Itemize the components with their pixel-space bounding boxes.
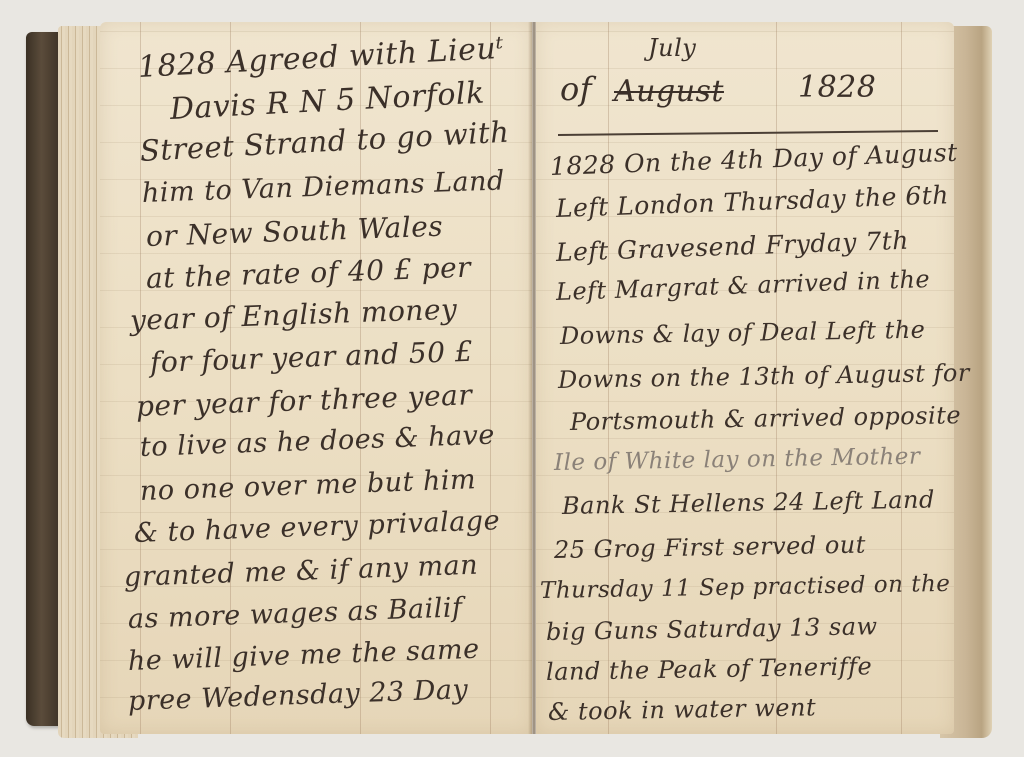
left-line-6: at the rate of 40 £ per [145, 251, 471, 295]
left-line-7: year of English money [129, 293, 457, 337]
right-line-2: Left London Thursday the 6th [555, 180, 949, 223]
left-line-14: as more wages as Bailif [127, 592, 463, 635]
right-line-11: Thursday 11 Sep practised on the [540, 571, 951, 604]
right-line-12: big Guns Saturday 13 saw [546, 612, 878, 646]
header-year: 1828 [798, 70, 876, 105]
right-page: July of August 1828 1828 On the 4th Day … [536, 22, 954, 734]
left-line-16: pree Wedensday 23 Day [127, 674, 468, 717]
right-line-14: & took in water went [548, 693, 817, 726]
right-line-9: Bank St Hellens 24 Left Land [562, 485, 935, 520]
left-line-10: to live as he does & have [139, 420, 495, 463]
diary-photo: 1828 Agreed with Lieuᵗ Davis R N 5 Norfo… [0, 0, 1024, 757]
right-line-4: Left Margrat & arrived in the [556, 265, 931, 306]
right-line-6: Downs on the 13th of August for [558, 359, 970, 394]
right-line-10: 25 Grog First served out [554, 531, 866, 564]
header-underline [558, 130, 938, 136]
left-page: 1828 Agreed with Lieuᵗ Davis R N 5 Norfo… [100, 22, 532, 734]
right-line-5: Downs & lay of Deal Left the [560, 316, 926, 350]
left-line-8: for four year and 50 £ [149, 335, 473, 379]
left-line-11: no one over me but him [139, 464, 476, 507]
left-line-12: & to have every privalage [133, 505, 500, 549]
right-line-1: 1828 On the 4th Day of August [549, 138, 958, 181]
right-line-8: Ile of White lay on the Mother [554, 444, 921, 476]
struck-month: August [614, 74, 724, 109]
left-line-4: him to Van Diemans Land [141, 165, 505, 209]
right-line-13: land the Peak of Teneriffe [546, 652, 873, 686]
left-line-13: granted me & if any man [123, 550, 478, 593]
left-line-9: per year for three year [135, 378, 472, 423]
right-line-7: Portsmouth & arrived opposite [570, 401, 962, 436]
left-line-5: or New South Wales [145, 210, 443, 253]
inserted-month: July [648, 34, 696, 62]
left-line-15: he will give me the same [127, 634, 480, 677]
header-prefix: of [560, 70, 592, 108]
